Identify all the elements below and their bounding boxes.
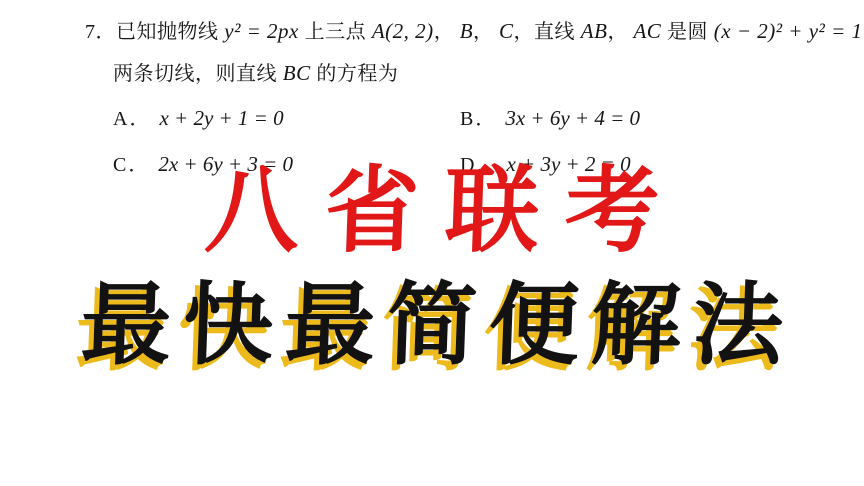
option-b-formula: 3x + 6y + 4 = 0 [505,106,640,130]
math-fragment: A(2, 2) [366,19,434,43]
text-fragment: 上三点 [305,21,367,43]
text-fragment: ， [473,21,499,43]
stem-line-1-text: 已知抛物线 y² = 2px 上三点 A(2, 2)， B， C，直线 AB， … [116,21,864,43]
math-fragment: BC [277,61,316,85]
text-fragment: 是圆 [667,21,708,43]
problem-block: 7．已知抛物线 y² = 2px 上三点 A(2, 2)， B， C，直线 AB… [85,16,825,177]
banner-title-calligraphy: 八省联考 [0,158,864,266]
option-b: B．3x + 6y + 4 = 0 [460,102,825,131]
text-fragment: ， [607,21,633,43]
banner-subtitle-calligraphy: 最快最简便解法 [0,270,864,382]
page-background: 7．已知抛物线 y² = 2px 上三点 A(2, 2)， B， C，直线 AB… [0,0,864,486]
text-fragment: ，直线 [514,21,576,43]
option-a-label: A． [113,108,151,130]
math-fragment: AC [633,19,667,43]
text-fragment: 两条切线，则直线 [113,63,277,85]
option-a: A．x + 2y + 1 = 0 [113,102,460,131]
text-fragment: 已知抛物线 [116,21,219,43]
math-fragment: C [499,19,514,43]
option-b-label: B． [460,108,497,130]
stem-line-2: 两条切线，则直线 BC 的方程为 [113,58,825,89]
problem-number: 7． [85,21,116,43]
math-fragment: (x − 2)² + y² = 1 [708,19,864,43]
math-fragment: AB [575,19,607,43]
option-a-formula: x + 2y + 1 = 0 [159,106,283,130]
text-fragment: ， [434,21,460,43]
text-fragment: 的方程为 [316,63,398,85]
math-fragment: y² = 2px [219,19,305,43]
math-fragment: B [460,19,473,43]
stem-line-1: 7．已知抛物线 y² = 2px 上三点 A(2, 2)， B， C，直线 AB… [85,16,825,47]
